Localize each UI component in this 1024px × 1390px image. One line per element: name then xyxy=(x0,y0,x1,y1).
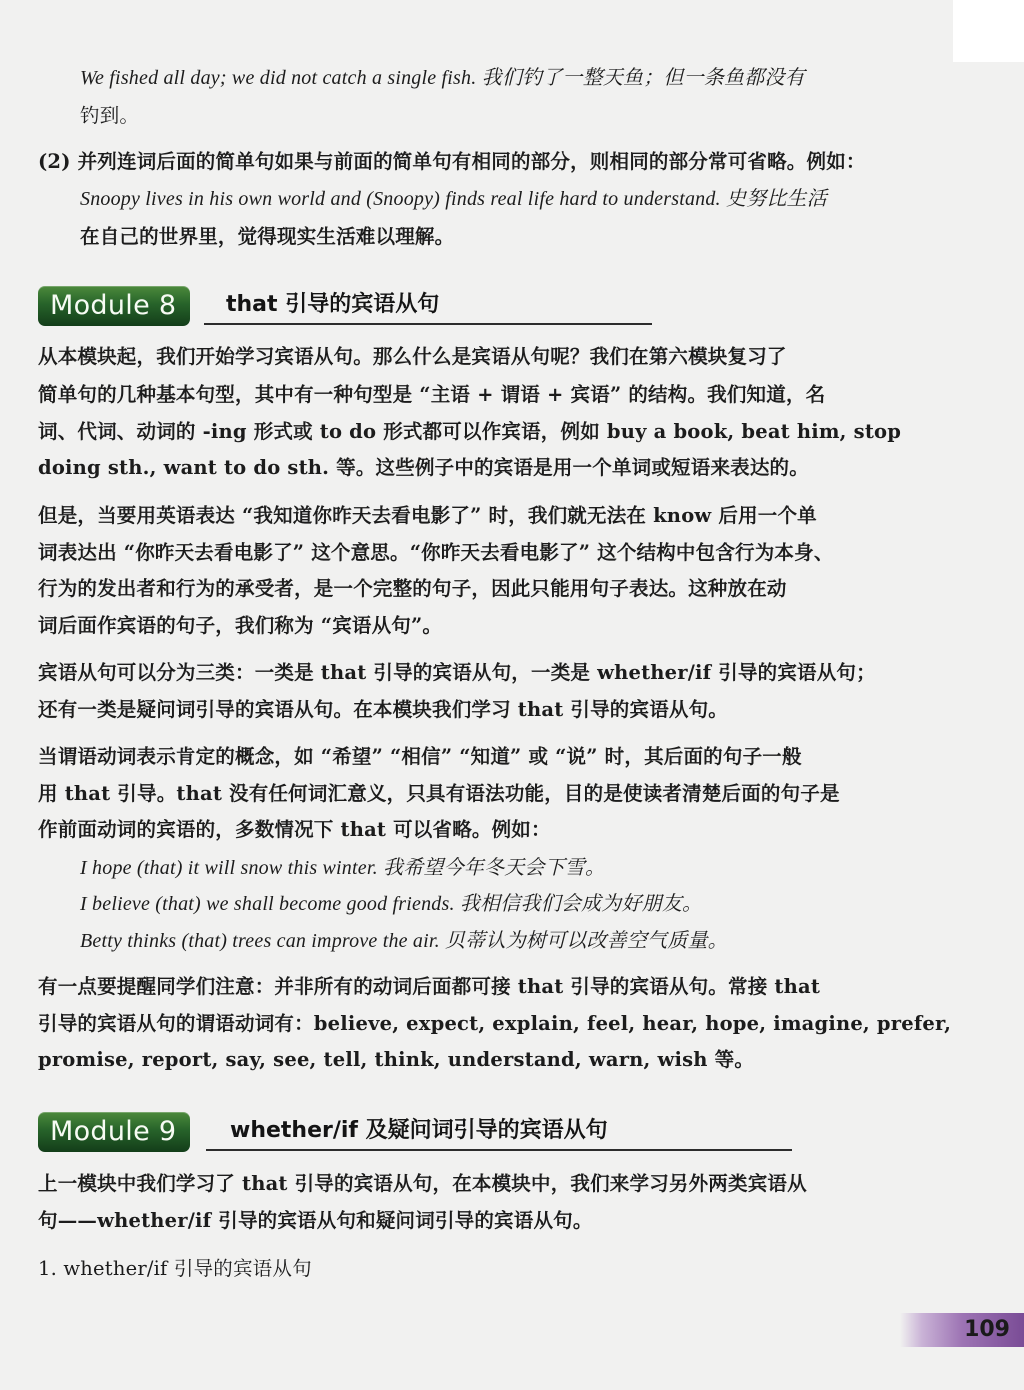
paragraph-line: 作前面动词的宾语的，多数情况下 that 可以省略。例如： xyxy=(38,818,551,842)
paragraph-line: 句——whether/if 引导的宾语从句和疑问词引导的宾语从句。 xyxy=(38,1209,593,1233)
example-sentence: I hope (that) it will snow this winter. … xyxy=(80,856,605,880)
module-8-title: that 引导的宾语从句 xyxy=(226,288,439,322)
paragraph-line: 词、代词、动词的 -ing 形式或 to do 形式都可以作宾语，例如 buy … xyxy=(38,420,901,444)
example-sentence-continued: 钓到。 xyxy=(80,104,139,128)
page-number-strip: 109 xyxy=(900,1313,1024,1347)
page-number: 109 xyxy=(964,1315,1010,1345)
paragraph-line: 用 that 引导。that 没有任何词汇意义，只具有语法功能，目的是使读者清楚… xyxy=(38,782,840,806)
module-9-title: whether/if 及疑问词引导的宾语从句 xyxy=(230,1114,608,1148)
module-9-heading: Module 9 whether/if 及疑问词引导的宾语从句 xyxy=(38,1112,792,1152)
paragraph-line: 当谓语动词表示肯定的概念，如 “希望” “相信” “知道” 或 “说” 时，其后… xyxy=(38,745,802,769)
paragraph-line: 行为的发出者和行为的承受者，是一个完整的句子，因此只能用句子表达。这种放在动 xyxy=(38,577,787,601)
textbook-page: We fished all day; we did not catch a si… xyxy=(0,0,1024,1390)
paragraph-line: 宾语从句可以分为三类：一类是 that 引导的宾语从句，一类是 whether/… xyxy=(38,661,876,685)
paragraph-line: doing sth., want to do sth. 等。这些例子中的宾语是用… xyxy=(38,456,809,480)
paragraph-line: 但是，当要用英语表达 “我知道你昨天去看电影了” 时，我们就无法在 know 后… xyxy=(38,504,817,528)
paragraph-line: 词后面作宾语的句子，我们称为 “宾语从句”。 xyxy=(38,614,442,638)
subheading: 1. whether/if 引导的宾语从句 xyxy=(38,1257,312,1281)
rule-2-text: (2) 并列连词后面的简单句如果与前面的简单句有相同的部分，则相同的部分常可省略… xyxy=(38,150,866,174)
paragraph-line: 词表达出 “你昨天去看电影了” 这个意思。“你昨天去看电影了” 这个结构中包含行… xyxy=(38,541,834,565)
module-9-badge: Module 9 xyxy=(38,1112,190,1152)
example-sentence: We fished all day; we did not catch a si… xyxy=(80,66,805,90)
module-8-underline xyxy=(204,323,652,325)
module-8-badge: Module 8 xyxy=(38,286,190,326)
paragraph-line: 简单句的几种基本句型，其中有一种句型是 “主语 + 谓语 + 宾语” 的结构。我… xyxy=(38,383,825,407)
module-8-heading: Module 8 that 引导的宾语从句 xyxy=(38,286,652,326)
note-line: 有一点要提醒同学们注意：并非所有的动词后面都可接 that 引导的宾语从句。常接… xyxy=(38,975,820,999)
module-9-underline xyxy=(206,1149,792,1151)
note-line: 引导的宾语从句的谓语动词有：believe, expect, explain, … xyxy=(38,1012,951,1036)
paragraph-line: 从本模块起，我们开始学习宾语从句。那么什么是宾语从句呢？我们在第六模块复习了 xyxy=(38,345,787,369)
example-sentence: Betty thinks (that) trees can improve th… xyxy=(80,929,728,953)
rule-2-example: Snoopy lives in his own world and (Snoop… xyxy=(80,187,827,211)
paragraph-line: 上一模块中我们学习了 that 引导的宾语从句，在本模块中，我们来学习另外两类宾… xyxy=(38,1172,807,1196)
paragraph-line: 还有一类是疑问词引导的宾语从句。在本模块我们学习 that 引导的宾语从句。 xyxy=(38,698,728,722)
example-sentence: I believe (that) we shall become good fr… xyxy=(80,892,702,916)
rule-2-example-translation: 在自己的世界里，觉得现实生活难以理解。 xyxy=(80,225,454,249)
note-line: promise, report, say, see, tell, think, … xyxy=(38,1048,754,1072)
